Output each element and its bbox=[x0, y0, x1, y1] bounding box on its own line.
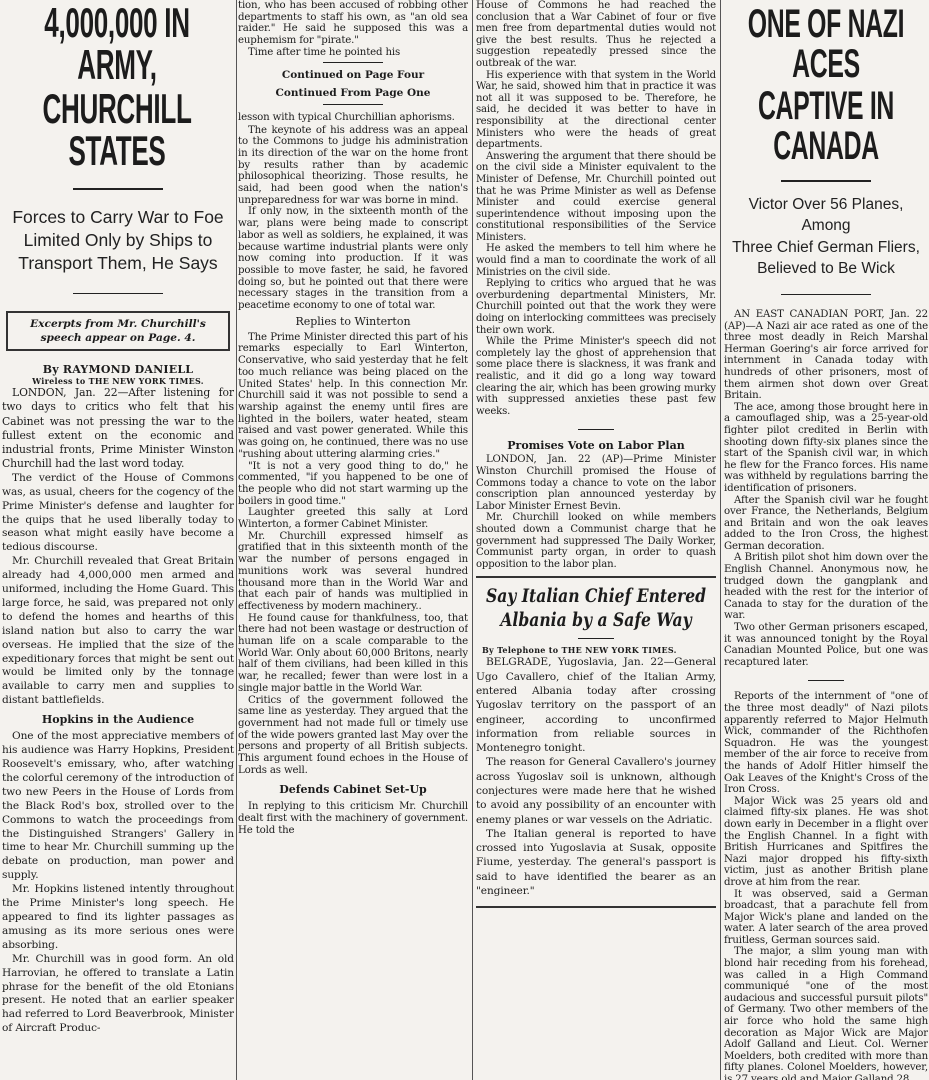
subhead-winterton: Replies to Winterton bbox=[238, 314, 468, 330]
main-headline-line-1: 4,000,000 IN ARMY, bbox=[2, 2, 231, 86]
paragraph: Two other German prisoners escaped, it w… bbox=[724, 622, 928, 668]
jump-rule bbox=[323, 104, 383, 105]
deck-rule bbox=[73, 293, 163, 295]
telephone-credit: By Telephone to THE NEW YORK TIMES. bbox=[476, 645, 716, 655]
deck-line: Transport Them, He Says bbox=[2, 252, 234, 275]
paragraph: Reports of the internment of "one of the… bbox=[724, 691, 928, 795]
paragraph: In replying to this criticism Mr. Church… bbox=[238, 801, 468, 836]
paragraph: Replying to critics who argued that he w… bbox=[476, 278, 716, 336]
paragraph: His experience with that system in the W… bbox=[476, 70, 716, 151]
paragraph: The verdict of the House of Commons was,… bbox=[2, 472, 234, 555]
paragraph: lesson with typical Churchillian aphoris… bbox=[238, 111, 468, 125]
paragraph: Mr. Churchill expressed himself as grati… bbox=[238, 531, 468, 613]
nazi-ace-headline-line-1: ONE OF NAZI ACES bbox=[724, 4, 928, 84]
nazi-ace-headline-line-2: CAPTIVE IN CANADA bbox=[724, 86, 928, 166]
albania-headline-line-2: Albania by a Safe Way bbox=[477, 608, 715, 632]
paragraph: "It is not a very good thing to do," he … bbox=[238, 461, 468, 508]
paragraph: The Prime Minister directed this part of… bbox=[238, 332, 468, 461]
paragraph: The keynote of his address was an appeal… bbox=[238, 125, 468, 207]
paragraph: Mr. Hopkins listened intently throughout… bbox=[2, 883, 234, 953]
paragraph: Mr. Churchill was in good form. An old H… bbox=[2, 953, 234, 1036]
paragraph: The ace, among those brought here in a c… bbox=[724, 402, 928, 495]
main-deck: Forces to Carry War to Foe Limited Only … bbox=[2, 206, 234, 275]
deck-rule bbox=[781, 294, 871, 296]
section-rule bbox=[578, 429, 614, 430]
paragraph: While the Prime Minister's speech did no… bbox=[476, 336, 716, 417]
deck-line: Believed to Be Wick bbox=[724, 258, 928, 280]
subhead-cabinet: Defends Cabinet Set-Up bbox=[238, 782, 468, 798]
paragraph: If only now, in the sixteenth month of t… bbox=[238, 206, 468, 311]
paragraph: Mr. Churchill looked on while members sh… bbox=[476, 512, 716, 570]
column-1: 4,000,000 IN ARMY, CHURCHILL STATES Forc… bbox=[2, 0, 234, 1080]
paragraph: Answering the argument that there should… bbox=[476, 151, 716, 244]
deck-line: Victor Over 56 Planes, Among bbox=[724, 194, 928, 237]
paragraph: The Italian general is reported to have … bbox=[476, 827, 716, 898]
jump-rule bbox=[323, 62, 383, 63]
paragraph: Major Wick was 25 years old and claimed … bbox=[724, 796, 928, 889]
paragraph: The reason for General Cavallero's journ… bbox=[476, 755, 716, 826]
column-4: ONE OF NAZI ACES CAPTIVE IN CANADA Victo… bbox=[724, 0, 928, 1080]
column-3: House of Commons he had reached the conc… bbox=[476, 0, 716, 1080]
paragraph: House of Commons he had reached the conc… bbox=[476, 0, 716, 70]
wire-credit: Wireless to THE NEW YORK TIMES. bbox=[2, 376, 234, 386]
deck-line: Forces to Carry War to Foe bbox=[2, 206, 234, 229]
byline: By RAYMOND DANIELL bbox=[2, 363, 234, 376]
column-rule bbox=[720, 0, 721, 1080]
paragraph: LONDON, Jan. 22—After listening for two … bbox=[2, 386, 234, 472]
nazi-ace-deck: Victor Over 56 Planes, Among Three Chief… bbox=[724, 194, 928, 280]
paragraph: He found cause for thankfulness, too, th… bbox=[238, 613, 468, 695]
paragraph: Laughter greeted this sally at Lord Wint… bbox=[238, 507, 468, 530]
paragraph: AN EAST CANADIAN PORT, Jan. 22 (AP)—A Na… bbox=[724, 309, 928, 402]
excerpt-box: Excerpts from Mr. Churchill's speech app… bbox=[6, 311, 230, 351]
story-divider bbox=[476, 906, 716, 908]
paragraph: tion, who has been accused of robbing ot… bbox=[238, 0, 468, 47]
section-rule bbox=[808, 680, 844, 681]
main-headline-line-2: CHURCHILL STATES bbox=[2, 88, 231, 172]
column-rule bbox=[472, 0, 473, 1080]
paragraph: A British pilot shot him down over the E… bbox=[724, 552, 928, 622]
headline-rule bbox=[781, 180, 871, 182]
paragraph: It was observed, said a German broadcast… bbox=[724, 889, 928, 947]
paragraph: The major, a slim young man with blond h… bbox=[724, 946, 928, 1080]
paragraph: He asked the members to tell him where h… bbox=[476, 243, 716, 278]
jump-out-line: Continued on Page Four bbox=[238, 67, 468, 83]
paragraph: After the Spanish civil war he fought ov… bbox=[724, 495, 928, 553]
paragraph: BELGRADE, Yugoslavia, Jan. 22—General Ug… bbox=[476, 655, 716, 755]
paragraph: Time after time he pointed his bbox=[238, 47, 468, 59]
paragraph: One of the most appreciative members of … bbox=[2, 730, 234, 883]
paragraph: LONDON, Jan. 22 (AP)—Prime Minister Wins… bbox=[476, 454, 716, 512]
deck-line: Limited Only by Ships to bbox=[2, 229, 234, 252]
albania-headline-line-1: Say Italian Chief Entered bbox=[477, 584, 715, 608]
labor-plan-headline: Promises Vote on Labor Plan bbox=[476, 438, 716, 454]
story-divider bbox=[476, 576, 716, 578]
newspaper-page: 4,000,000 IN ARMY, CHURCHILL STATES Forc… bbox=[0, 0, 929, 1080]
headline-rule bbox=[73, 188, 163, 190]
column-rule bbox=[236, 0, 237, 1080]
headline-rule bbox=[578, 638, 614, 639]
deck-line: Three Chief German Fliers, bbox=[724, 237, 928, 259]
paragraph: Mr. Churchill revealed that Great Britai… bbox=[2, 555, 234, 708]
column-2: tion, who has been accused of robbing ot… bbox=[238, 0, 468, 1080]
subhead-hopkins: Hopkins in the Audience bbox=[2, 712, 234, 728]
paragraph: Critics of the government followed the s… bbox=[238, 695, 468, 777]
jump-in-line: Continued From Page One bbox=[238, 85, 468, 101]
